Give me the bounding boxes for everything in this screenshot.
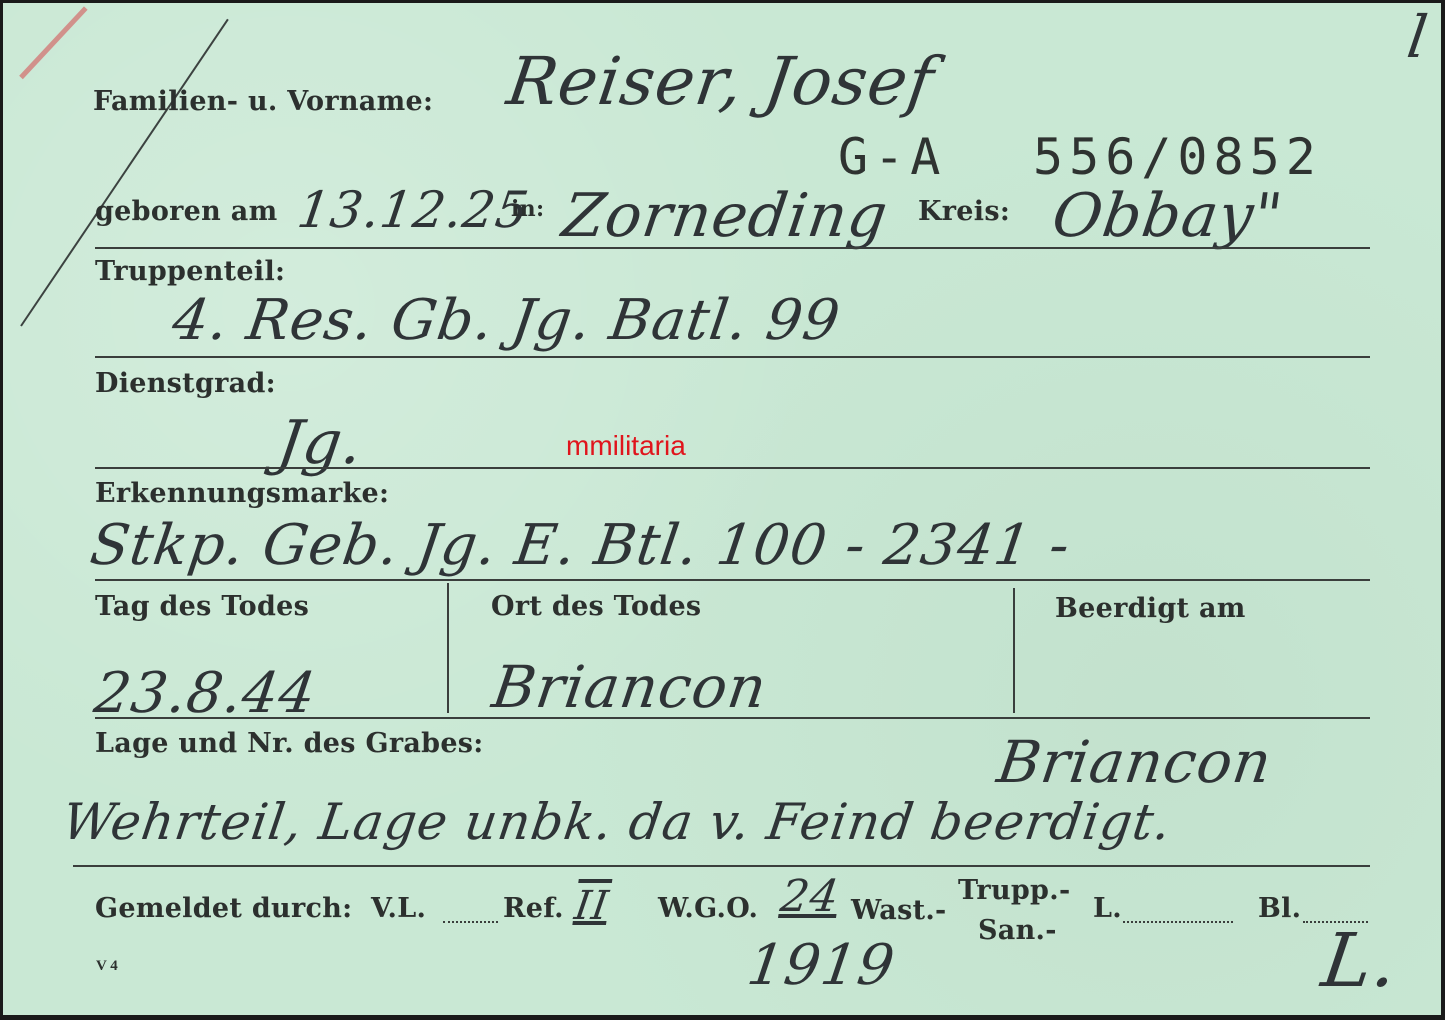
death-date-label: Tag des Todes: [95, 591, 309, 622]
buried-label: Beerdigt am: [1055, 593, 1246, 624]
box-divider-2: [1013, 588, 1015, 713]
born-label: geboren am: [95, 196, 277, 227]
l-label: L.: [1093, 893, 1122, 924]
form-code: V 4: [96, 958, 118, 975]
reported-year: 1919: [743, 933, 899, 998]
l-dots: [1123, 921, 1233, 923]
san-label: San.-: [978, 915, 1057, 946]
name-label: Familien- u. Vorname:: [93, 86, 433, 117]
vl-label: V.L.: [371, 893, 426, 924]
wast-label: Wast.-: [851, 895, 947, 926]
id-tag-underline: [95, 579, 1370, 581]
grave-value: Wehrteil, Lage unbk. da v. Feind beerdig…: [59, 793, 1175, 851]
death-place-value: Briancon: [488, 653, 771, 721]
born-date: 13.12.25: [294, 181, 533, 239]
initial-signature: L.: [1317, 918, 1404, 1004]
id-tag-label: Erkennungsmarke:: [95, 478, 389, 509]
box-divider-1: [447, 583, 449, 713]
unit-underline: [95, 356, 1370, 358]
bl-label: Bl.: [1258, 893, 1301, 924]
id-tag-value: Stkp. Geb. Jg. E. Btl. 100 - 2341 -: [86, 513, 1074, 578]
ref-value: II: [572, 883, 612, 929]
wgo-label: W.G.O.: [658, 893, 758, 924]
trupp-label: Trupp.-: [958, 875, 1070, 906]
grave-label: Lage und Nr. des Grabes:: [95, 728, 484, 759]
grave-location: Briancon: [993, 728, 1276, 796]
born-underline: [95, 247, 1370, 249]
death-underline: [95, 717, 1370, 719]
born-in-label: in:: [511, 196, 544, 222]
kreis-label: Kreis:: [918, 196, 1010, 227]
unit-label: Truppenteil:: [95, 256, 285, 287]
death-record-card: l Familien- u. Vorname: Reiser, Josef G-…: [3, 3, 1441, 1015]
ref-label: Ref.: [503, 893, 564, 924]
rank-label: Dienstgrad:: [95, 368, 276, 399]
vl-dots: [443, 921, 498, 923]
file-number: 556/0852: [1033, 128, 1322, 186]
red-corner-mark: [19, 6, 87, 79]
watermark: mmilitaria: [566, 430, 686, 462]
kreis-value: Obbay": [1048, 181, 1287, 251]
unit-value: 4. Res. Gb. Jg. Batl. 99: [168, 288, 844, 353]
born-place: Zorneding: [558, 181, 892, 251]
wgo-value: 24: [777, 871, 842, 922]
grave-underline: [73, 865, 1370, 867]
reported-label: Gemeldet durch:: [95, 893, 352, 924]
rank-underline: [95, 467, 1370, 469]
file-prefix: G-A: [838, 128, 946, 186]
death-place-label: Ort des Todes: [491, 591, 701, 622]
name-value: Reiser, Josef: [503, 43, 939, 120]
corner-mark: l: [1403, 3, 1432, 71]
